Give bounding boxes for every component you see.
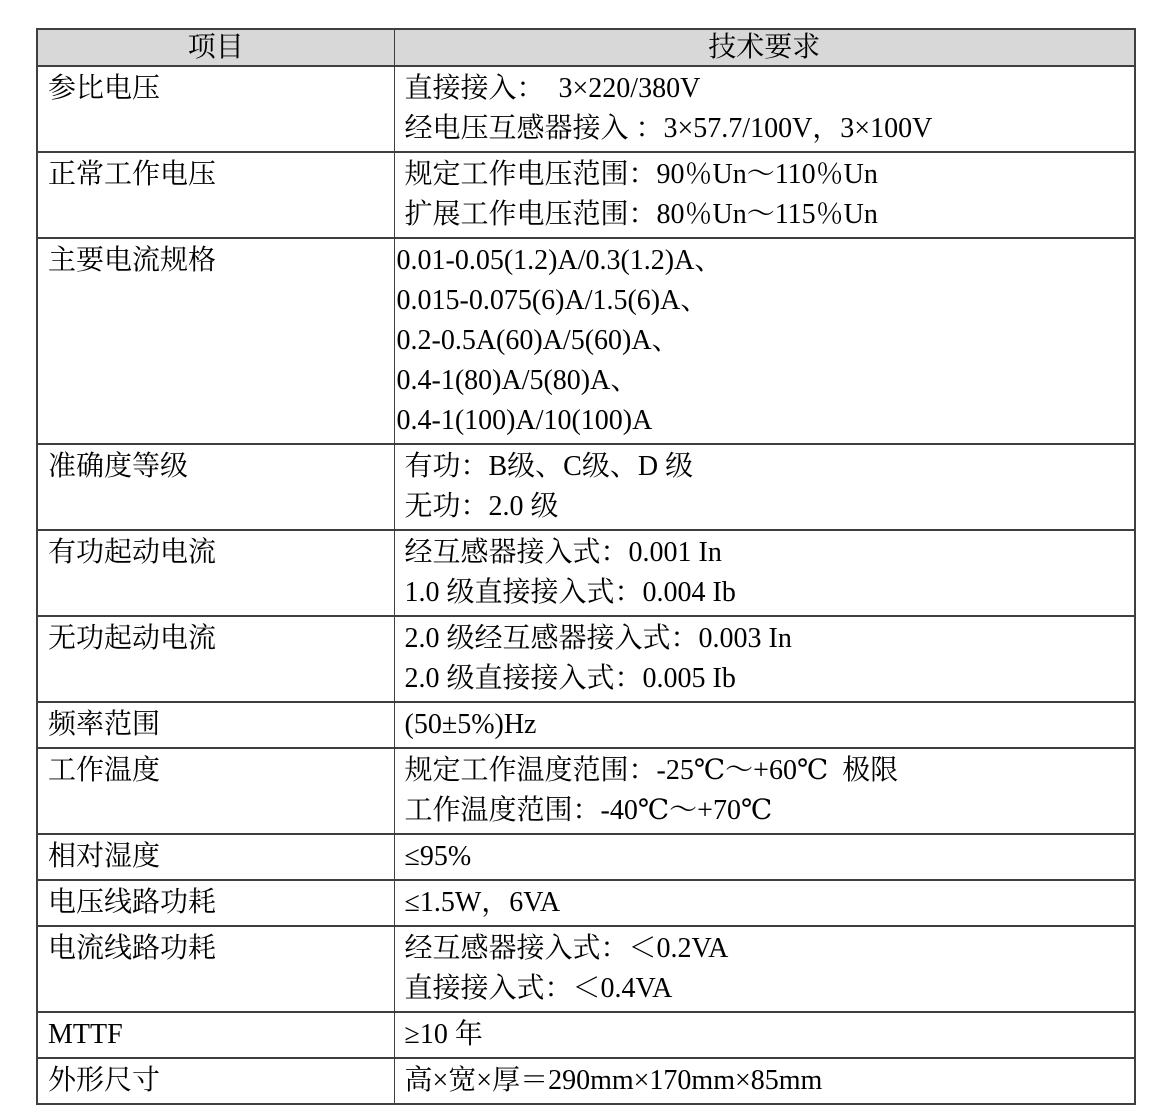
table-row: 无功起动电流 2.0 级经互感器接入式：0.003 In2.0 级直接接入式：0… — [37, 616, 1135, 702]
requirement-line: ≤1.5W，6VA — [405, 883, 1129, 923]
item-cell: 准确度等级 — [37, 444, 394, 530]
requirement-line: 1.0 级直接接入式：0.004 Ib — [405, 573, 1129, 613]
requirement-line: 有功：B级、C级、D 级 — [405, 447, 1129, 487]
item-cell: 电压线路功耗 — [37, 880, 394, 926]
table-row: MTTF ≥10 年 — [37, 1012, 1135, 1058]
requirement-line: 无功：2.0 级 — [405, 487, 1129, 527]
requirement-line: 0.01-0.05(1.2)A/0.3(1.2)A、 — [397, 241, 1129, 281]
item-cell: 外形尺寸 — [37, 1058, 394, 1104]
item-cell: 工作温度 — [37, 748, 394, 834]
requirement-line: 经互感器接入式：0.001 In — [405, 533, 1129, 573]
table-row: 频率范围 (50±5%)Hz — [37, 702, 1135, 748]
document-page: 项目 技术要求 参比电压 直接接入： 3×220/380V经电压互感器接入 ：3… — [0, 0, 1174, 1116]
requirement-line: (50±5%)Hz — [405, 705, 1129, 745]
requirement-cell: 规定工作电压范围：90％Un～110％Un扩展工作电压范围：80％Un～115％… — [394, 152, 1135, 238]
requirement-line: 规定工作电压范围：90％Un～110％Un — [405, 155, 1129, 195]
requirement-cell: (50±5%)Hz — [394, 702, 1135, 748]
requirement-cell: 高×宽×厚＝290mm×170mm×85mm — [394, 1058, 1135, 1104]
table-row: 正常工作电压 规定工作电压范围：90％Un～110％Un扩展工作电压范围：80％… — [37, 152, 1135, 238]
requirement-line: 直接接入式：＜0.4VA — [405, 969, 1129, 1009]
table-row: 主要电流规格 0.01-0.05(1.2)A/0.3(1.2)A、0.015-0… — [37, 238, 1135, 444]
table-row: 相对湿度 ≤95% — [37, 834, 1135, 880]
requirement-cell: 0.01-0.05(1.2)A/0.3(1.2)A、0.015-0.075(6)… — [394, 238, 1135, 444]
header-tech-requirements-column: 技术要求 — [394, 29, 1135, 66]
item-cell: MTTF — [37, 1012, 394, 1058]
requirement-cell: ≤1.5W，6VA — [394, 880, 1135, 926]
requirement-line: 工作温度范围：-40℃～+70℃ — [405, 791, 1129, 831]
requirement-line: 规定工作温度范围：-25℃～+60℃ 极限 — [405, 751, 1129, 791]
requirement-line: 2.0 级经互感器接入式：0.003 In — [405, 619, 1129, 659]
item-cell: 频率范围 — [37, 702, 394, 748]
table-body: 参比电压 直接接入： 3×220/380V经电压互感器接入 ：3×57.7/10… — [37, 66, 1135, 1104]
requirement-line: 经互感器接入式：＜0.2VA — [405, 929, 1129, 969]
requirement-line: 0.015-0.075(6)A/1.5(6)A、 — [397, 281, 1129, 321]
requirement-line: 2.0 级直接接入式：0.005 Ib — [405, 659, 1129, 699]
table-row: 参比电压 直接接入： 3×220/380V经电压互感器接入 ：3×57.7/10… — [37, 66, 1135, 152]
requirement-cell: 有功：B级、C级、D 级无功：2.0 级 — [394, 444, 1135, 530]
header-row: 项目 技术要求 — [37, 29, 1135, 66]
header-item-column: 项目 — [37, 29, 394, 66]
requirement-line: 0.2-0.5A(60)A/5(60)A、 — [397, 321, 1129, 361]
requirement-cell: 经互感器接入式：＜0.2VA直接接入式：＜0.4VA — [394, 926, 1135, 1012]
item-cell: 参比电压 — [37, 66, 394, 152]
requirement-line: ≥10 年 — [405, 1015, 1129, 1055]
requirement-cell: ≤95% — [394, 834, 1135, 880]
requirement-line: 0.4-1(100)A/10(100)A — [397, 401, 1129, 441]
requirement-line: 扩展工作电压范围：80％Un～115％Un — [405, 195, 1129, 235]
item-cell: 无功起动电流 — [37, 616, 394, 702]
item-cell: 电流线路功耗 — [37, 926, 394, 1012]
spec-table: 项目 技术要求 参比电压 直接接入： 3×220/380V经电压互感器接入 ：3… — [36, 28, 1136, 1105]
table-row: 有功起动电流 经互感器接入式：0.001 In1.0 级直接接入式：0.004 … — [37, 530, 1135, 616]
requirement-line: 直接接入： 3×220/380V — [405, 69, 1129, 109]
table-row: 电压线路功耗 ≤1.5W，6VA — [37, 880, 1135, 926]
table-row: 外形尺寸 高×宽×厚＝290mm×170mm×85mm — [37, 1058, 1135, 1104]
requirement-line: 0.4-1(80)A/5(80)A、 — [397, 361, 1129, 401]
table-row: 工作温度 规定工作温度范围：-25℃～+60℃ 极限工作温度范围：-40℃～+7… — [37, 748, 1135, 834]
requirement-cell: 直接接入： 3×220/380V经电压互感器接入 ：3×57.7/100V，3×… — [394, 66, 1135, 152]
requirement-cell: 2.0 级经互感器接入式：0.003 In2.0 级直接接入式：0.005 Ib — [394, 616, 1135, 702]
item-cell: 正常工作电压 — [37, 152, 394, 238]
table-row: 准确度等级 有功：B级、C级、D 级无功：2.0 级 — [37, 444, 1135, 530]
item-cell: 主要电流规格 — [37, 238, 394, 444]
requirement-cell: ≥10 年 — [394, 1012, 1135, 1058]
requirement-cell: 规定工作温度范围：-25℃～+60℃ 极限工作温度范围：-40℃～+70℃ — [394, 748, 1135, 834]
requirement-line: 经电压互感器接入 ：3×57.7/100V，3×100V — [405, 109, 1129, 149]
requirement-cell: 经互感器接入式：0.001 In1.0 级直接接入式：0.004 Ib — [394, 530, 1135, 616]
item-cell: 有功起动电流 — [37, 530, 394, 616]
item-cell: 相对湿度 — [37, 834, 394, 880]
requirement-line: 高×宽×厚＝290mm×170mm×85mm — [405, 1061, 1129, 1101]
requirement-line: ≤95% — [405, 837, 1129, 877]
table-row: 电流线路功耗 经互感器接入式：＜0.2VA直接接入式：＜0.4VA — [37, 926, 1135, 1012]
